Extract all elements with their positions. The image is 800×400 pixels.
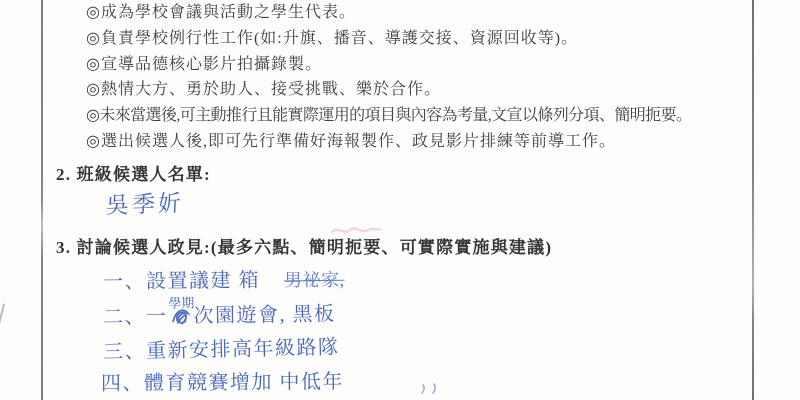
- printed-bullet-list: ◎成為學校會議與活動之學生代表。 ◎負責學校例行性工作(如:升旗、播音、導護交接…: [86, 0, 691, 155]
- item-number: 二、: [103, 306, 146, 329]
- handwritten-policy-item-1: 一、設置議建 箱男祕家,: [103, 263, 345, 295]
- printed-bullet-line: ◎熱情大方、勇於助人、接受挑戰、樂於合作。: [86, 77, 691, 103]
- item-number: 四、: [101, 373, 144, 395]
- item-text: 設置議建 箱: [146, 270, 260, 293]
- handwritten-candidate-name: 吳季妡: [105, 185, 185, 221]
- scan-edge-artifact: [0, 304, 5, 353]
- section3-heading: 3. 討論候選人政見:(最多六點、簡明扼要、可實際實施與建議): [56, 233, 552, 258]
- item-text-prefix: 一: [146, 306, 168, 328]
- item-number: 三、: [103, 341, 146, 364]
- page-border-right-line: [752, 0, 754, 400]
- printed-bullet-line: ◎選出候選人後,即可先行準備好海報製作、政見影片排練等前導工作。: [86, 129, 691, 155]
- printed-bullet-line: ◎負責學校例行性工作(如:升旗、播音、導護交接、資源回收等)。: [86, 26, 691, 52]
- item-number: 一、: [103, 271, 146, 293]
- section2-heading: 2. 班級候選人名單:: [56, 160, 211, 185]
- handwritten-policy-item-2: 二、一學期次園遊會, 黑板: [103, 297, 336, 329]
- crossed-out-text: 男祕家,: [284, 270, 345, 291]
- page-border-left-line: [41, 0, 43, 400]
- printed-bullet-line: ◎成為學校會議與活動之學生代表。: [86, 0, 691, 26]
- handwritten-policy-item-4: 四、體育競賽增加 中低年: [101, 365, 344, 396]
- printed-bullet-line: ◎宣導品德核心影片拍攝錄製。: [86, 52, 691, 78]
- item-text: 體育競賽增加 中低年: [144, 371, 344, 394]
- faint-ink-ticks: [420, 382, 446, 396]
- handwritten-policy-item-3: 三、重新安排高年級路隊: [103, 331, 340, 365]
- printed-bullet-line: ◎未來當選後,可主動推行且能實際運用的項目與內容為考量,文宣以條列分項、簡明扼要…: [86, 103, 691, 129]
- scanned-document-page: ◎成為學校會議與活動之學生代表。 ◎負責學校例行性工作(如:升旗、播音、導護交接…: [0, 0, 800, 400]
- item-text: 次園遊會, 黑板: [193, 303, 335, 327]
- correction-cluster: 學期: [167, 304, 193, 328]
- ink-scribble: [169, 305, 191, 327]
- item-text: 重新安排高年級路隊: [146, 337, 340, 363]
